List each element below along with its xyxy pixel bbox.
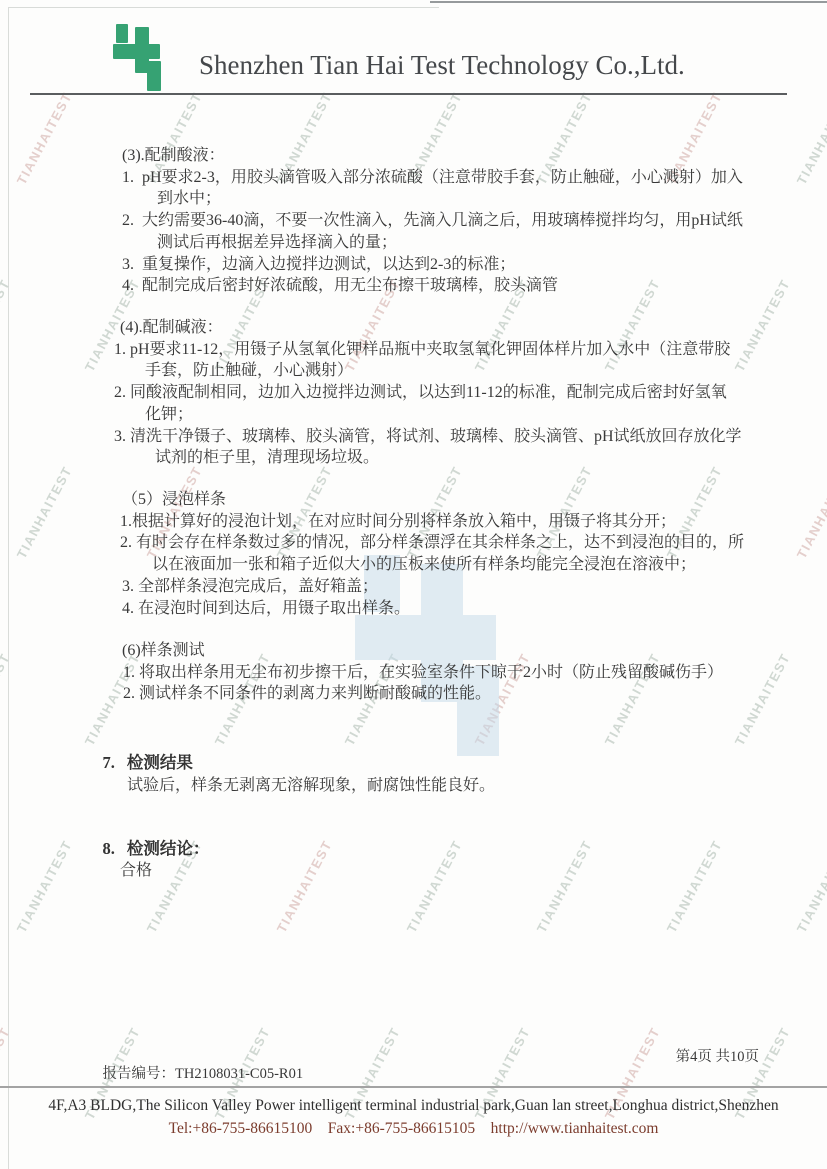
conclusion-text: 合格 [120, 857, 152, 880]
footer-address: 4F,A3 BLDG,The Silicon Valley Power inte… [0, 1097, 827, 1115]
watermark-text: TIANHAITEST [0, 276, 13, 374]
scan-edge-top-dark [430, 1, 827, 3]
watermark-text: TIANHAITEST [14, 837, 75, 935]
procedure-section-acid: (3).配制酸液： 1. pH要求2-3，用胶头滴管吸入部分浓硫酸（注意带胶手套… [120, 145, 743, 297]
text-line: 到水中； [157, 188, 743, 210]
text-line: (6)样条测试 [122, 640, 723, 662]
scan-edge-left [8, 7, 9, 1169]
text-line: 2. 有时会存在样条数过多的情况，部分样条漂浮在其余样条之上，达不到浸泡的目的，… [120, 532, 744, 554]
section-title: 检测结论： [127, 839, 210, 858]
procedure-section-alkali: (4).配制碱液： 1. pH要求11-12，用镊子从氢氧化钾样品瓶中夹取氢氧化… [114, 317, 742, 469]
section-number: 7. [103, 753, 115, 772]
text-line: 3. 清洗干净镊子、玻璃棒、胶头滴管，将试剂、玻璃棒、胶头滴管、pH试纸放回存放… [114, 426, 742, 448]
text-line: (4).配制碱液： [120, 317, 742, 339]
text-line: 3. 重复操作，边滴入边搅拌边测试，以达到2-3的标准； [122, 254, 743, 276]
text-line: （5）浸泡样条 [122, 489, 744, 511]
text-line: 2. 测试样条不同条件的剥离力来判断耐酸碱的性能。 [123, 683, 723, 705]
text-line: 1.根据计算好的浸泡计划，在对应时间分别将样条放入箱中，用镊子将其分开； [120, 511, 744, 533]
company-name: Shenzhen Tian Hai Test Technology Co.,Lt… [199, 48, 799, 82]
watermark-text: TIANHAITEST [664, 837, 725, 935]
header-rule [30, 93, 787, 95]
report-number-value: TH2108031-C05-R01 [175, 1066, 303, 1082]
watermark-text: TIANHAITEST [0, 650, 13, 748]
section-number: 8. [103, 839, 115, 858]
watermark-text: TIANHAITEST [794, 89, 827, 187]
watermark-text: TIANHAITEST [274, 837, 335, 935]
text-line: 化钾； [145, 404, 742, 426]
text-line: 4. 在浸泡时间到达后，用镊子取出样条。 [122, 598, 744, 620]
text-line: 手套，防止触碰，小心溅射） [145, 360, 742, 382]
watermark-text: TIANHAITEST [732, 650, 793, 748]
watermark-text: TIANHAITEST [404, 837, 465, 935]
text-line: 2. 大约需要36-40滴，不要一次性滴入，先滴入几滴之后，用玻璃棒搅拌均匀，用… [122, 210, 743, 232]
footer-rule [0, 1086, 827, 1088]
company-logo-icon [113, 23, 163, 93]
text-line: 1. pH要求11-12，用镊子从氢氧化钾样品瓶中夹取氢氧化钾固体样片加入水中（… [114, 339, 742, 361]
section-title: 检测结果 [127, 753, 193, 772]
result-text: 试验后，样条无剥离无溶解现象，耐腐蚀性能良好。 [127, 772, 495, 795]
text-line: 以在液面加一张和箱子近似大小的压板来使所有样条均能完全浸泡在溶液中； [152, 554, 744, 576]
text-line: 3. 全部样条浸泡完成后，盖好箱盖； [122, 576, 744, 598]
report-page: TIANHAITESTTIANHAITESTTIANHAITESTTIANHAI… [0, 0, 827, 1169]
text-line: 2. 同酸液配制相同，边加入边搅拌边测试，以达到11-12的标准，配制完成后密封… [114, 382, 742, 404]
watermark-text: TIANHAITEST [14, 463, 75, 561]
watermark-text: TIANHAITEST [14, 89, 75, 187]
watermark-text: TIANHAITEST [794, 463, 827, 561]
procedure-section-test: (6)样条测试 1. 将取出样条用无尘布初步擦干后，在实验室条件下晾干2小时（防… [122, 640, 723, 705]
report-number-label: 报告编号： [103, 1066, 176, 1082]
text-line: 1. pH要求2-3，用胶头滴管吸入部分浓硫酸（注意带胶手套，防止触碰，小心溅射… [122, 167, 743, 189]
scan-edge-top [9, 7, 439, 8]
footer-contact: Tel:+86-755-86615100 Fax:+86-755-8661510… [0, 1120, 827, 1138]
watermark-text: TIANHAITEST [534, 837, 595, 935]
procedure-section-soak: （5）浸泡样条 1.根据计算好的浸泡计划，在对应时间分别将样条放入箱中，用镊子将… [120, 489, 744, 619]
text-line: 试剂的柜子里，清理现场垃圾。 [155, 447, 742, 469]
text-line: 测试后再根据差异选择滴入的量； [157, 232, 743, 254]
watermark-text: TIANHAITEST [794, 837, 827, 935]
footer-page-info: 第4页 共10页 [676, 1045, 759, 1066]
footer-report-number: 报告编号：TH2108031-C05-R01 [88, 1045, 303, 1100]
text-line: 1. 将取出样条用无尘布初步擦干后，在实验室条件下晾干2小时（防止残留酸碱伤手） [123, 662, 723, 684]
text-line: (3).配制酸液： [122, 145, 743, 167]
text-line: 4. 配制完成后密封好浓硫酸，用无尘布擦干玻璃棒，胶头滴管 [122, 275, 743, 297]
